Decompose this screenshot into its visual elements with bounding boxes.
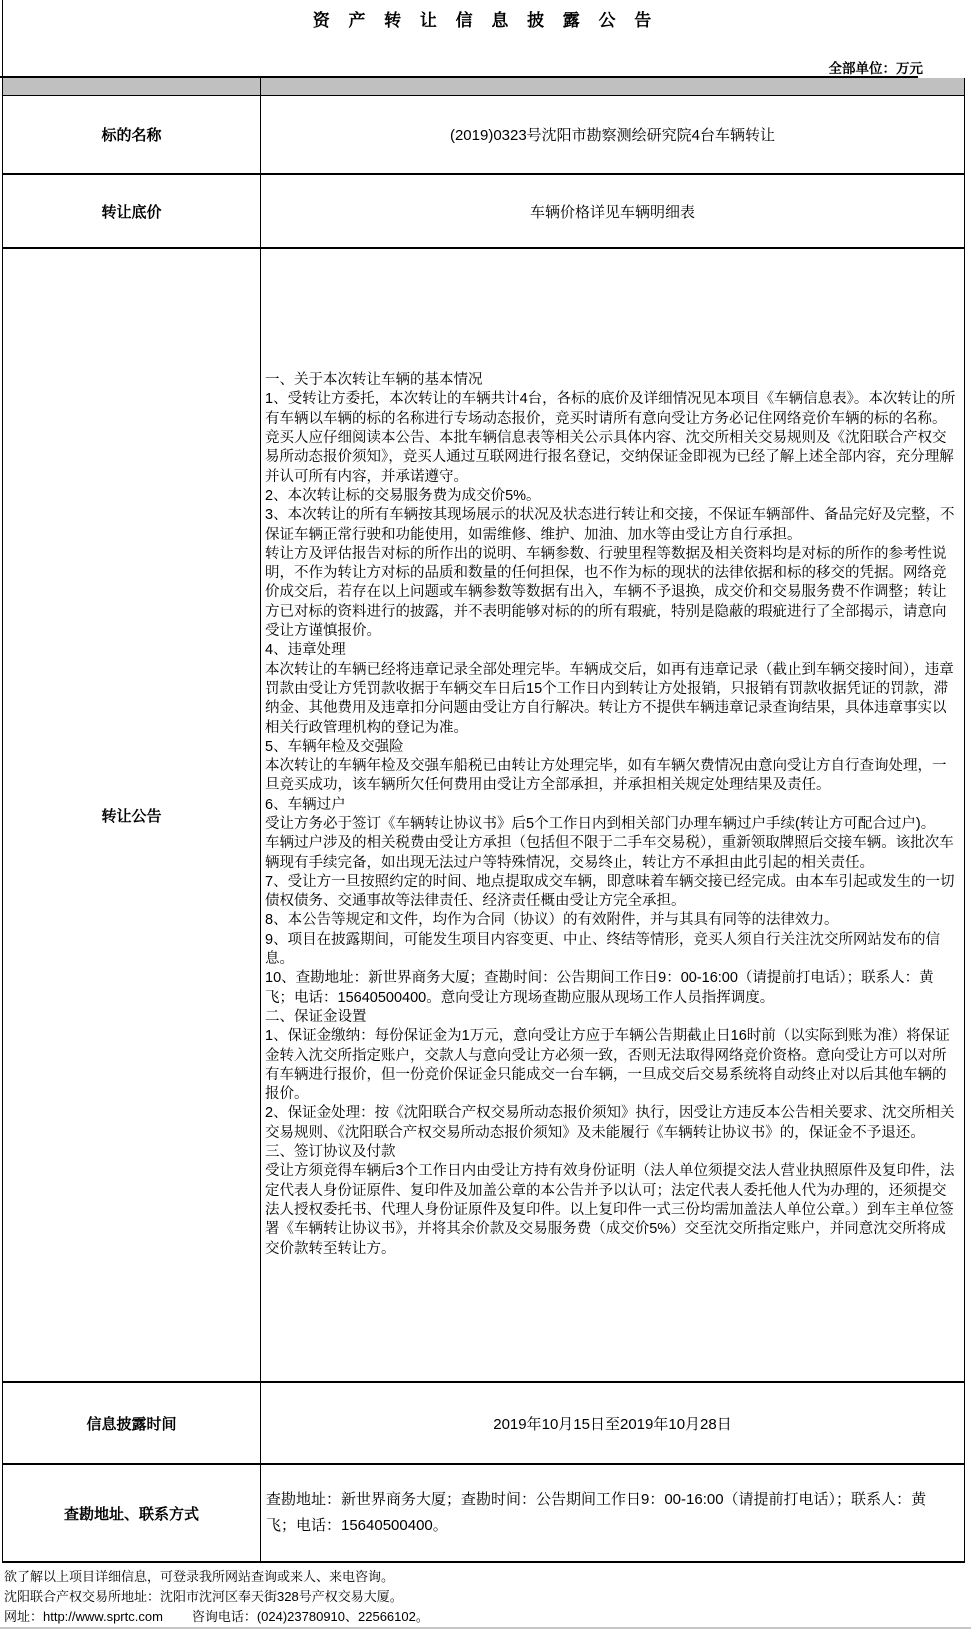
transfer-notice-cell: 一、关于本次转让车辆的基本情况 1、受转让方委托，本次转让的车辆共计4台，各标的… (261, 249, 964, 1381)
table-row-transfer-notice: 转让公告 一、关于本次转让车辆的基本情况 1、受转让方委托，本次转让的车辆共计4… (3, 249, 964, 1383)
table-row-inspection-contact: 查勘地址、联系方式 查勘地址：新世界商务大厦；查勘时间：公告期间工作日9：00-… (3, 1465, 964, 1563)
disclosure-period-label: 信息披露时间 (3, 1383, 261, 1463)
inspection-contact-cell: 查勘地址：新世界商务大厦；查勘时间：公告期间工作日9：00-16:00（请提前打… (261, 1465, 964, 1561)
bottom-divider-rule (0, 1627, 971, 1629)
base-price-value: 车辆价格详见车辆明细表 (261, 175, 964, 247)
base-price-label: 转让底价 (3, 175, 261, 247)
subject-name-label: 标的名称 (3, 96, 261, 173)
header-left-border (2, 0, 3, 78)
transfer-notice-text: 一、关于本次转让车辆的基本情况 1、受转让方委托，本次转让的车辆共计4台，各标的… (261, 371, 964, 1259)
table-header-label-cell (3, 78, 261, 95)
subject-name-value: (2019)0323号沈阳市勘察测绘研究院4台车辆转让 (261, 96, 964, 173)
footer-line-info: 欲了解以上项目详细信息，可登录我所网站查询或来人、来电咨询。 (4, 1567, 967, 1587)
table-header-row (3, 78, 964, 96)
disclosure-period-value: 2019年10月15日至2019年10月28日 (261, 1383, 964, 1463)
footer-line-address: 沈阳联合产权交易所地址：沈阳市沈河区奉天街328号产权交易大厦。 (4, 1587, 967, 1607)
inspection-contact-label: 查勘地址、联系方式 (3, 1465, 261, 1561)
page-title: 资 产 转 让 信 息 披 露 公 告 (0, 0, 971, 31)
table-row-base-price: 转让底价 车辆价格详见车辆明细表 (3, 175, 964, 249)
inspection-contact-text: 查勘地址：新世界商务大厦；查勘时间：公告期间工作日9：00-16:00（请提前打… (261, 1487, 964, 1539)
footer-line-website-phone: 网址：http://www.sprtc.com 咨询电话：(024)237809… (4, 1607, 967, 1627)
unit-label: 全部单位：万元 (829, 57, 924, 77)
table-header-content-cell (261, 78, 964, 95)
table-row-subject-name: 标的名称 (2019)0323号沈阳市勘察测绘研究院4台车辆转让 (3, 96, 964, 175)
table-row-disclosure-period: 信息披露时间 2019年10月15日至2019年10月28日 (3, 1383, 964, 1465)
transfer-notice-label: 转让公告 (3, 249, 261, 1381)
announcement-table: 标的名称 (2019)0323号沈阳市勘察测绘研究院4台车辆转让 转让底价 车辆… (2, 78, 965, 1563)
announcement-page: 资 产 转 让 信 息 披 露 公 告 全部单位：万元 标的名称 (2019)0… (0, 0, 971, 1632)
footer-notes: 欲了解以上项目详细信息，可登录我所网站查询或来人、来电咨询。 沈阳联合产权交易所… (4, 1567, 967, 1627)
